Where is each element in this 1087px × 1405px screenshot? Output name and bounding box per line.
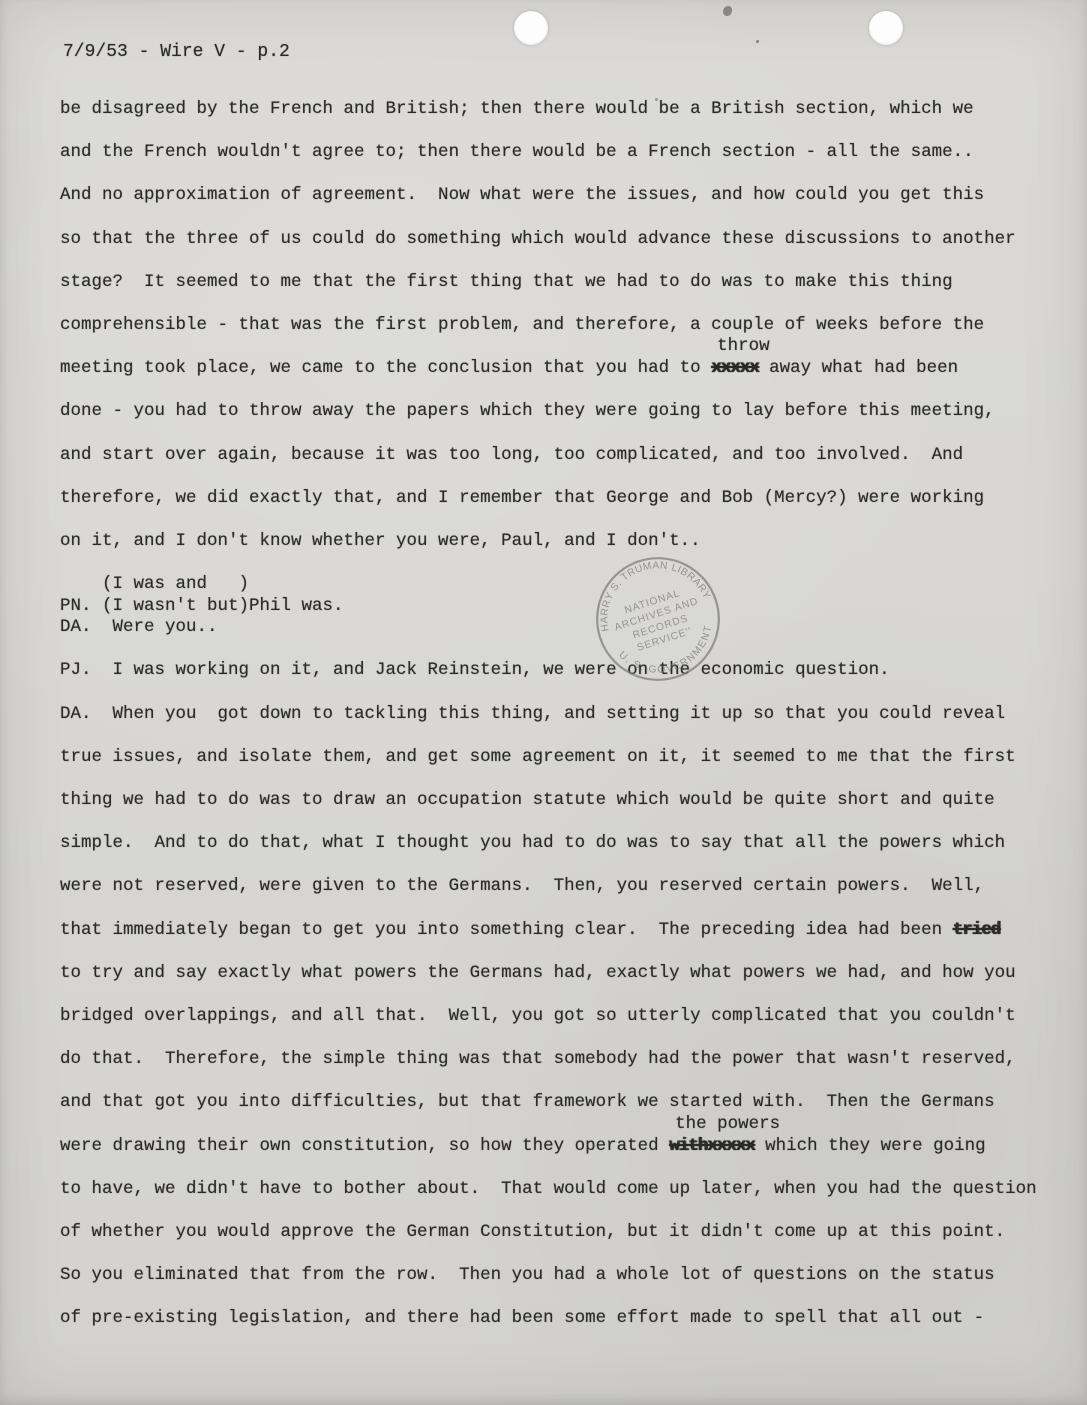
typed-line: do that. Therefore, the simple thing was… [60, 1049, 1050, 1092]
line-text: were drawing their own constitution, so … [60, 1136, 669, 1156]
typed-line: And no approximation of agreement. Now w… [60, 185, 1050, 228]
transcript-body: be disagreed by the French and British; … [60, 99, 1050, 1351]
typed-line: to try and say exactly what powers the G… [60, 963, 1050, 1006]
paper-speck [723, 6, 732, 16]
interline-insertion: throw [717, 336, 770, 356]
line-text: meeting took place, we came to the concl… [60, 358, 711, 378]
typed-line: and start over again, because it was too… [60, 445, 1050, 488]
typed-line: done - you had to throw away the papers … [60, 401, 1050, 444]
line-text: away what had been [759, 358, 959, 378]
typed-line: PN. (I wasn't but)Phil was. [60, 596, 1050, 618]
typed-line: therefore, we did exactly that, and I re… [60, 488, 1050, 531]
typed-line: stage? It seemed to me that the first th… [60, 272, 1050, 315]
archives-stamp-icon: HARRY S. TRUMAN LIBRARY U. S. GOVERNMENT… [582, 543, 734, 695]
interline-insertion: the powers [675, 1114, 780, 1134]
typed-line: of whether you would approve the German … [60, 1222, 1050, 1265]
typed-line: and the French wouldn't agree to; then t… [60, 142, 1050, 185]
typed-line-with-correction: were drawing their own constitution, so … [60, 1136, 1050, 1179]
typed-line: of pre-existing legislation, and there h… [60, 1308, 1050, 1351]
typed-line: and that got you into difficulties, but … [60, 1092, 1050, 1135]
typed-line: on it, and I don't know whether you were… [60, 531, 1050, 574]
line-text: that immediately began to get you into s… [60, 920, 953, 940]
paper-speck [756, 40, 759, 43]
struck-word: throwxxxxx [711, 358, 759, 378]
typed-line-with-correction: meeting took place, we came to the concl… [60, 358, 1050, 401]
typed-line: DA. Were you.. [60, 617, 1050, 660]
typed-line: be disagreed by the French and British; … [60, 99, 1050, 142]
struck-text: tried [953, 920, 1001, 940]
typed-line: comprehensible - that was the first prob… [60, 315, 1050, 358]
struck-text: xxxxx [711, 358, 759, 378]
typed-line: were not reserved, were given to the Ger… [60, 876, 1050, 919]
typed-line: bridged overlappings, and all that. Well… [60, 1006, 1050, 1049]
hole-punch [514, 11, 548, 45]
document-page: 7/9/53 - Wire V - p.2 be disagreed by th… [0, 0, 1087, 1405]
line-text: which they were going [755, 1136, 986, 1156]
typed-line: PJ. I was working on it, and Jack Reinst… [60, 660, 1050, 703]
page-header: 7/9/53 - Wire V - p.2 [63, 42, 290, 62]
typed-line: (I was and ) [60, 574, 1050, 596]
struck-text: withxxxxx [669, 1136, 755, 1156]
typed-line: true issues, and isolate them, and get s… [60, 747, 1050, 790]
struck-word: the powerswithxxxxx [669, 1136, 755, 1156]
struck-word: tried [953, 920, 1001, 940]
typed-line: DA. When you got down to tackling this t… [60, 704, 1050, 747]
typed-line: simple. And to do that, what I thought y… [60, 833, 1050, 876]
hole-punch [867, 9, 905, 47]
typed-line: So you eliminated that from the row. The… [60, 1265, 1050, 1308]
typed-line: so that the three of us could do somethi… [60, 229, 1050, 272]
typed-line: to have, we didn't have to bother about.… [60, 1179, 1050, 1222]
typed-line: thing we had to do was to draw an occupa… [60, 790, 1050, 833]
typed-line-with-correction: that immediately began to get you into s… [60, 920, 1050, 963]
